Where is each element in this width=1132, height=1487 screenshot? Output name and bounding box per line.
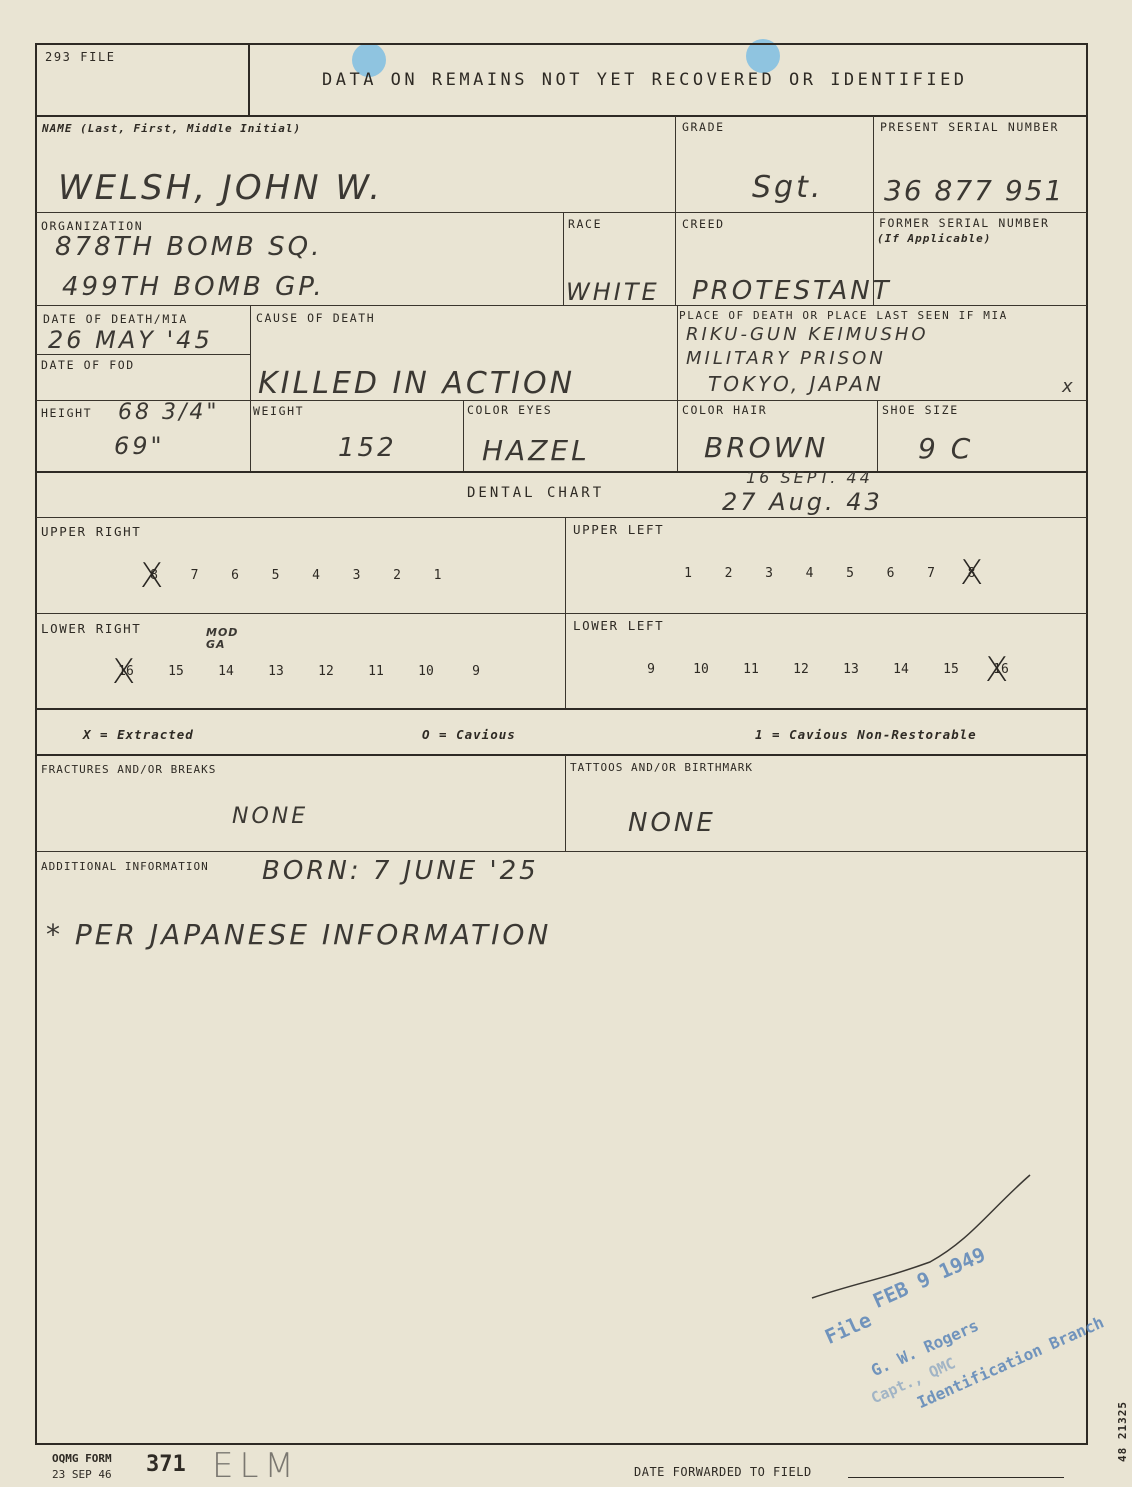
tooth-number: 9 bbox=[461, 664, 491, 679]
tooth-note-mod-ga: MOD GA bbox=[206, 627, 246, 651]
color-hair-value: BROWN bbox=[704, 431, 828, 464]
tooth-number: 11 bbox=[361, 664, 391, 679]
file-label: 293 FILE bbox=[45, 50, 116, 64]
tooth-number: 11 bbox=[736, 662, 766, 677]
dental-chart-label: DENTAL CHART bbox=[467, 485, 604, 501]
cause-of-death-label: CAUSE OF DEATH bbox=[256, 311, 375, 325]
color-eyes-value: HAZEL bbox=[482, 434, 590, 467]
extracted-mark-lr16: X bbox=[112, 652, 135, 692]
extracted-mark-ur8: X bbox=[140, 556, 163, 596]
grade-value: Sgt. bbox=[752, 170, 823, 205]
form-date: 23 SEP 46 bbox=[52, 1468, 112, 1481]
place-line1: RIKU-GUN KEIMUSHO bbox=[686, 324, 929, 345]
tooth-number: 3 bbox=[342, 568, 372, 583]
tooth-number: 2 bbox=[714, 566, 744, 581]
place-of-death-label: PLACE OF DEATH OR PLACE LAST SEEN IF MIA bbox=[679, 309, 1008, 322]
tooth-number: 6 bbox=[876, 566, 906, 581]
present-serial-label: PRESENT SERIAL NUMBER bbox=[880, 120, 1059, 134]
date-forwarded-label: DATE FORWARDED TO FIELD bbox=[634, 1465, 812, 1479]
tooth-number: 15 bbox=[936, 662, 966, 677]
legend-extracted: X = Extracted bbox=[83, 727, 194, 742]
form-number-prefix: OQMG FORM bbox=[52, 1452, 112, 1465]
tooth-number: 10 bbox=[686, 662, 716, 677]
cause-of-death-value: KILLED IN ACTION bbox=[258, 366, 575, 401]
tooth-number: 6 bbox=[220, 568, 250, 583]
date-of-death-value: 26 MAY '45 bbox=[48, 326, 213, 354]
race-value: WHITE bbox=[566, 278, 660, 306]
tooth-number: 2 bbox=[382, 568, 412, 583]
tooth-number: 7 bbox=[916, 566, 946, 581]
upper-left-label: UPPER LEFT bbox=[573, 522, 664, 537]
tattoos-label: TATTOOS AND/OR BIRTHMARK bbox=[570, 761, 753, 774]
height-value-1: 68 3/4" bbox=[118, 400, 220, 425]
present-serial-value: 36 877 951 bbox=[884, 174, 1064, 207]
tooth-number: 14 bbox=[211, 664, 241, 679]
additional-info-line2: * PER JAPANESE INFORMATION bbox=[46, 918, 551, 951]
tooth-number: 1 bbox=[673, 566, 703, 581]
organization-label: ORGANIZATION bbox=[41, 219, 143, 233]
tooth-number: 14 bbox=[886, 662, 916, 677]
former-serial-note: (If Applicable) bbox=[877, 232, 991, 245]
tooth-number: 7 bbox=[180, 568, 210, 583]
date-forwarded-field bbox=[848, 1477, 1064, 1478]
organization-line1: 878TH BOMB SQ. bbox=[55, 232, 322, 262]
form-title: DATA ON REMAINS NOT YET RECOVERED OR IDE… bbox=[322, 70, 968, 90]
shoe-size-value: 9 C bbox=[918, 432, 973, 465]
fractures-label: FRACTURES AND/OR BREAKS bbox=[41, 763, 216, 776]
tooth-number: 13 bbox=[836, 662, 866, 677]
tooth-number: 1 bbox=[423, 568, 453, 583]
weight-value: 152 bbox=[338, 433, 397, 463]
legend-cavious-non-restorable: 1 = Cavious Non-Restorable bbox=[755, 727, 977, 742]
side-number: 48 21325 bbox=[1116, 1401, 1129, 1462]
tooth-number: 12 bbox=[311, 664, 341, 679]
extracted-mark-ul8: X bbox=[960, 553, 983, 593]
date-of-death-label: DATE OF DEATH/MIA bbox=[43, 312, 188, 326]
handwritten-initials: ELM bbox=[212, 1446, 300, 1486]
fractures-value: NONE bbox=[232, 804, 308, 829]
tooth-number: 12 bbox=[786, 662, 816, 677]
tooth-number: 4 bbox=[795, 566, 825, 581]
lower-left-label: LOWER LEFT bbox=[573, 618, 664, 633]
color-hair-label: COLOR HAIR bbox=[682, 403, 767, 417]
extracted-mark-ll16: X bbox=[985, 650, 1008, 690]
dental-date-1: 16 SEPT. 44 bbox=[746, 468, 873, 487]
shoe-size-label: SHOE SIZE bbox=[882, 403, 959, 417]
dental-date-2: 27 Aug. 43 bbox=[722, 488, 883, 516]
upper-right-label: UPPER RIGHT bbox=[41, 524, 141, 539]
name-value: WELSH, JOHN W. bbox=[58, 168, 383, 208]
tooth-number: 5 bbox=[261, 568, 291, 583]
name-label: NAME (Last, First, Middle Initial) bbox=[42, 122, 301, 135]
height-value-2: 69" bbox=[114, 432, 165, 460]
lower-right-label: LOWER RIGHT bbox=[41, 621, 141, 636]
additional-info-label: ADDITIONAL INFORMATION bbox=[41, 860, 209, 873]
grade-label: GRADE bbox=[682, 120, 725, 134]
tooth-number: 15 bbox=[161, 664, 191, 679]
additional-info-line1: BORN: 7 JUNE '25 bbox=[262, 856, 539, 886]
tooth-number: 5 bbox=[835, 566, 865, 581]
tattoos-value: NONE bbox=[628, 808, 716, 838]
former-serial-label: FORMER SERIAL NUMBER bbox=[879, 216, 1049, 230]
legend-cavious: O = Cavious bbox=[422, 727, 516, 742]
organization-line2: 499TH BOMB GP. bbox=[62, 272, 325, 302]
color-eyes-label: COLOR EYES bbox=[467, 403, 552, 417]
place-line3: TOKYO, JAPAN bbox=[708, 372, 884, 396]
pen-stroke bbox=[800, 1170, 1100, 1310]
date-of-fod-label: DATE OF FOD bbox=[41, 358, 135, 372]
tooth-number: 4 bbox=[301, 568, 331, 583]
weight-label: WEIGHT bbox=[253, 404, 304, 418]
creed-value: PROTESTANT bbox=[692, 276, 892, 306]
place-line2: MILITARY PRISON bbox=[686, 348, 886, 369]
tooth-number: 9 bbox=[636, 662, 666, 677]
place-mark: x bbox=[1062, 376, 1076, 397]
tooth-number: 13 bbox=[261, 664, 291, 679]
height-label: HEIGHT bbox=[41, 406, 92, 420]
form-number: 371 bbox=[146, 1452, 186, 1477]
creed-label: CREED bbox=[682, 217, 725, 231]
race-label: RACE bbox=[568, 217, 602, 231]
tooth-number: 3 bbox=[754, 566, 784, 581]
tooth-number: 10 bbox=[411, 664, 441, 679]
